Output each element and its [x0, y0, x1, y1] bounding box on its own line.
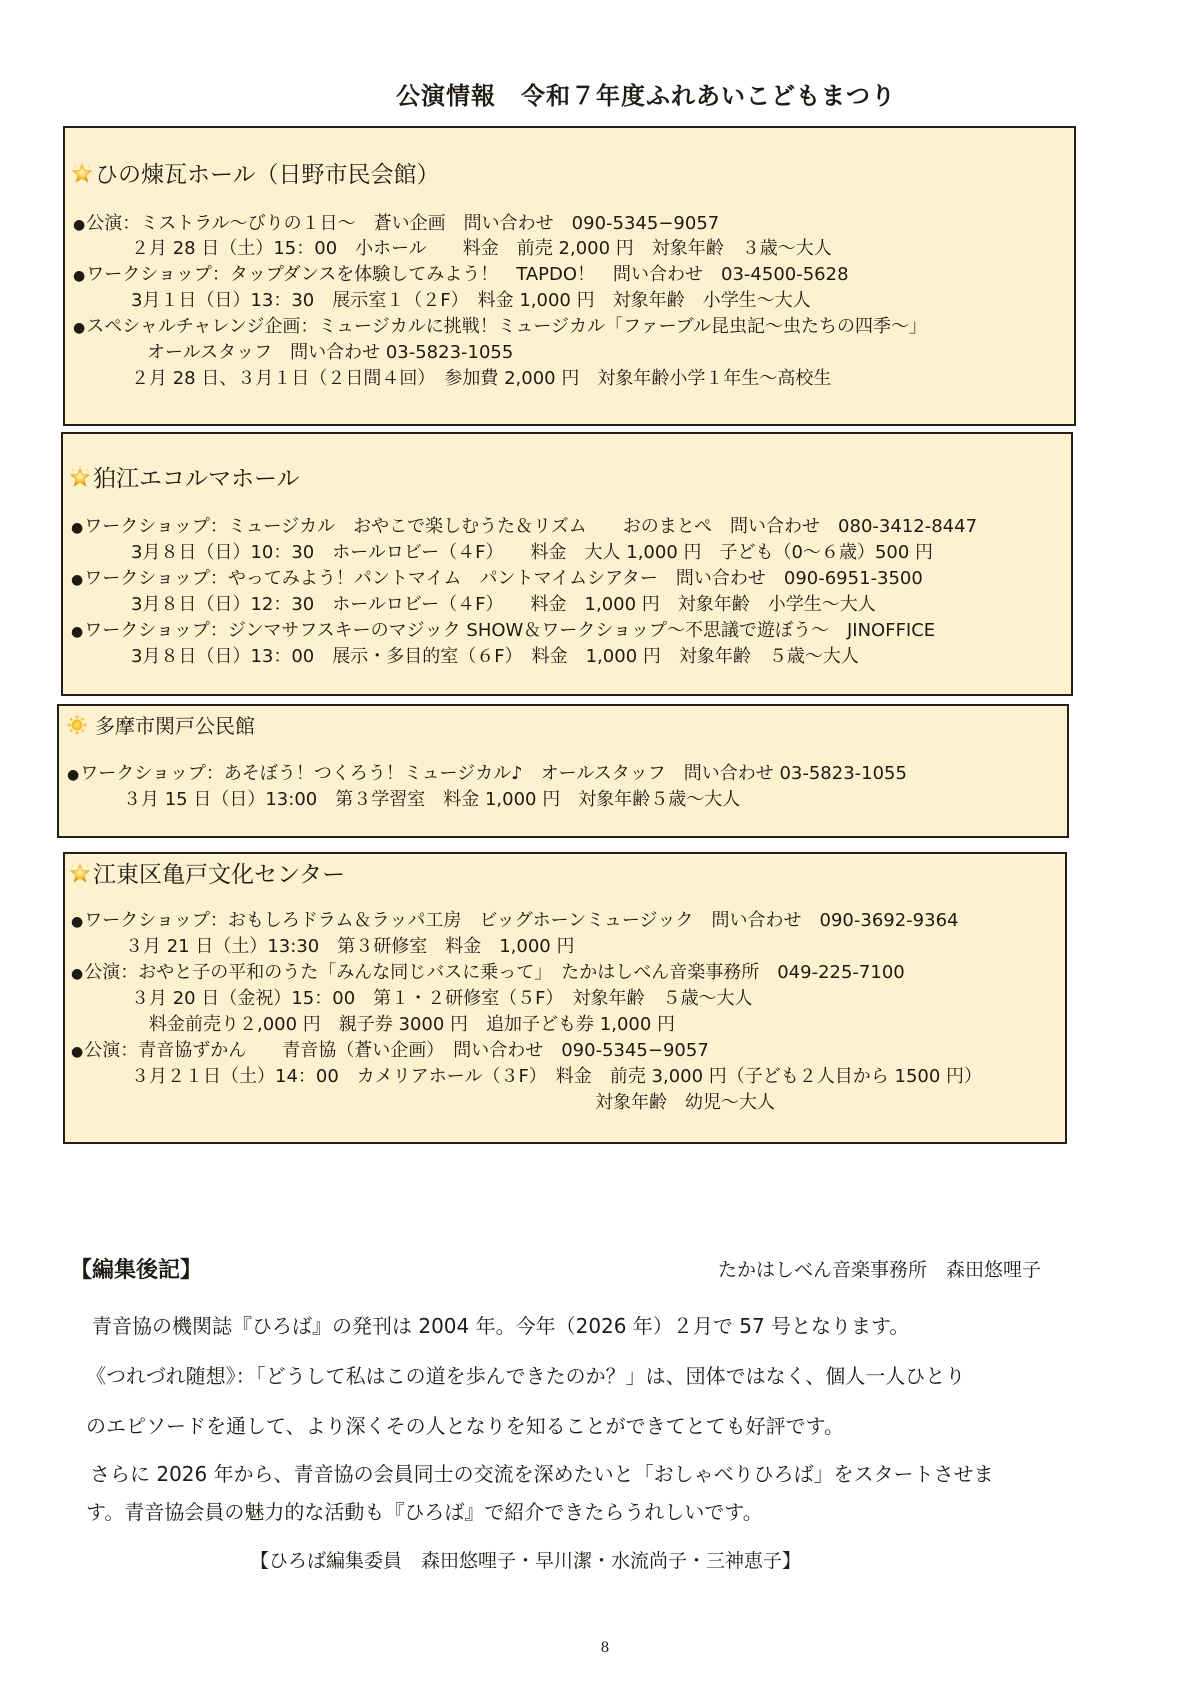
editorial-author: たかはしべん音楽事務所 森田悠哩子	[718, 1255, 1041, 1282]
venue-box-kameido: 江東区亀戸文化センター ワークショップ：おもしろドラム＆ラッパ工房 ビッグホーン…	[63, 852, 1067, 1144]
event-line: ワークショップ：ジンマサフスキーのマジック SHOW＆ワークショップ～不思議で遊…	[71, 620, 935, 643]
editorial-paragraph-line: 《つれづれ随想》：「どうして私はこの道を歩んできたのか？」は、団体ではなく、個人…	[86, 1360, 965, 1389]
event-line: ワークショップ：タップダンスを体験してみよう！ TAPDO！ 問い合わせ 03-…	[73, 264, 849, 287]
event-detail-line: ３月２１日（土）14：00 カメリアホール（３F） 料金 前売 3,000 円（…	[131, 1066, 982, 1088]
editorial-paragraph-line: さらに 2026 年から、青音協の会員同士の交流を深めたいと「おしゃべりひろば」…	[90, 1458, 994, 1487]
editorial-committee: 【ひろば編集委員 森田悠哩子・早川潔・水流尚子・三神恵子】	[250, 1546, 801, 1573]
event-line: ワークショップ：おもしろドラム＆ラッパ工房 ビッグホーンミュージック 問い合わせ…	[71, 910, 958, 933]
event-detail-line: ３月 21 日（土）13:30 第３研修室 料金 1,000 円	[125, 936, 574, 958]
event-detail-line: ２月 28 日、３月１日（２日間４回） 参加費 2,000 円 対象年齢小学１年…	[131, 368, 831, 390]
venue-name: ひの煉瓦ホール（日野市民会館）	[95, 156, 440, 189]
event-detail-line: ２月 28 日（土）15：00 小ホール 料金 前売 2,000 円 対象年齢 …	[131, 238, 832, 260]
editorial-paragraph-line: す。青音協会員の魅力的な活動も『ひろば』で紹介できたらうれしいです。	[86, 1496, 763, 1525]
event-detail-line: 3月８日（日）10：30 ホールロビー（４F） 料金 大人 1,000 円 子ど…	[131, 542, 933, 564]
event-detail-line: 3月１日（日）13：30 展示室１（２F） 料金 1,000 円 対象年齢 小学…	[131, 290, 811, 312]
event-detail-line: ３月 20 日（金祝）15：00 第１・２研修室（５F） 対象年齢 ５歳～大人	[131, 988, 753, 1010]
sparkle-star-icon	[71, 162, 93, 184]
event-line: 公演：青音協ずかん 青音協（蒼い企画） 問い合わせ 090-5345−9057	[71, 1040, 709, 1063]
sparkle-star-icon	[69, 466, 91, 488]
event-detail-line: 3月８日（日）13：00 展示・多目的室（６F） 料金 1,000 円 対象年齢…	[131, 646, 859, 668]
event-detail-line: 3月８日（日）12：30 ホールロビー（４F） 料金 1,000 円 対象年齢 …	[131, 594, 876, 616]
venue-box-tama: 多摩市関戸公民館 ワークショップ：あそぼう！つくろう！ミュージカル♪ オールスタ…	[57, 704, 1069, 838]
venue-title: ひの煉瓦ホール（日野市民会館）	[71, 156, 440, 189]
editorial-paragraph-line: のエピソードを通して、より深くその人となりを知ることができてとても好評です。	[86, 1410, 844, 1439]
event-line: ワークショップ：ミュージカル おやこで楽しむうた＆リズム おのまとぺ 問い合わせ…	[71, 516, 977, 539]
venue-title: 多摩市関戸公民館	[67, 710, 255, 739]
editorial-heading: 【編集後記】	[70, 1253, 202, 1284]
page-number: 8	[0, 1640, 1192, 1656]
venue-name: 江東区亀戸文化センター	[93, 856, 345, 889]
venue-name: 多摩市関戸公民館	[95, 710, 255, 739]
event-line: ワークショップ：やってみよう！パントマイム パントマイムシアター 問い合わせ 0…	[71, 568, 923, 591]
event-line: ワークショップ：あそぼう！つくろう！ミュージカル♪ オールスタッフ 問い合わせ …	[67, 763, 907, 786]
sun-icon	[67, 715, 87, 735]
page-title: 公演情報 令和７年度ふれあいこどもまつり	[0, 76, 1192, 111]
sparkle-star-icon	[69, 862, 91, 884]
venue-box-hino: ひの煉瓦ホール（日野市民会館） 公演：ミストラル～びりの１日～ 蒼い企画 問い合…	[63, 126, 1076, 426]
venue-box-komae: 狛江エコルマホール ワークショップ：ミュージカル おやこで楽しむうた＆リズム お…	[61, 432, 1073, 696]
event-detail-line: ３月 15 日（日）13:00 第３学習室 料金 1,000 円 対象年齢５歳～…	[123, 789, 740, 811]
venue-name: 狛江エコルマホール	[93, 460, 300, 493]
event-line: 公演：おやと子の平和のうた「みんな同じバスに乗って」 たかはしべん音楽事務所 0…	[71, 962, 905, 985]
venue-title: 狛江エコルマホール	[69, 460, 300, 493]
editorial-paragraph-line: 青音協の機関誌『ひろば』の発刊は 2004 年。今年（2026 年）２月で 57…	[92, 1310, 909, 1339]
event-line: スペシャルチャレンジ企画：ミュージカルに挑戦！ミュージカル「ファーブル昆虫記～虫…	[73, 316, 927, 339]
event-detail-line: 料金前売り２,000 円 親子券 3000 円 追加子ども券 1,000 円	[149, 1014, 675, 1036]
event-detail-line: 対象年齢 幼児～大人	[595, 1092, 775, 1114]
venue-title: 江東区亀戸文化センター	[69, 856, 345, 889]
event-detail-line: オールスタッフ 問い合わせ 03-5823-1055	[147, 342, 513, 364]
event-line: 公演：ミストラル～びりの１日～ 蒼い企画 問い合わせ 090-5345−9057	[73, 213, 719, 236]
